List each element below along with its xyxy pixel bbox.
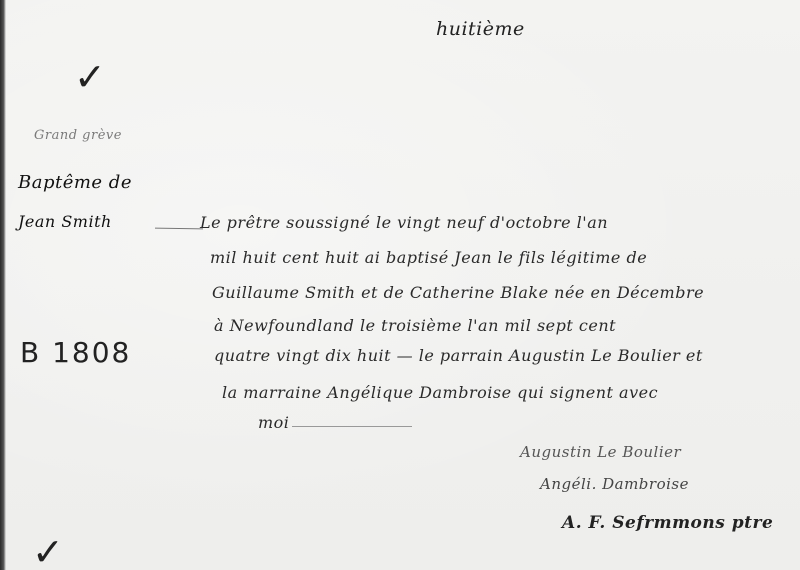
margin-connector-line [155,228,203,230]
entry-line-1: Le prêtre soussigné le vingt neuf d'octo… [200,213,608,232]
document-page: huitième ✓ Grand grève Baptême de Jean S… [0,0,800,570]
entry-line-5: quatre vingt dix huit — le parrain Augus… [214,346,703,365]
signature-priest: A. F. Sefrmmons ptre [562,513,773,533]
entry-line-7: moi [258,413,289,432]
entry-line-2: mil huit cent huit ai baptisé Jean le fi… [210,248,647,267]
margin-record-type: Baptême de [18,172,132,193]
scan-binding-edge [0,0,6,570]
margin-person-name: Jean Smith [18,212,112,231]
line-filler-stroke [292,426,412,427]
margin-reference-number: B 1808 [20,336,131,369]
entry-line-3: Guillaume Smith et de Catherine Blake né… [212,283,704,302]
entry-line-4: à Newfoundland le troisième l'an mil sep… [214,316,616,335]
signature-godmother: Angéli. Dambroise [540,475,689,493]
entry-line-6: la marraine Angélique Dambroise qui sign… [222,383,658,402]
check-mark-icon-bottom: ✓ [32,530,64,570]
signature-godfather: Augustin Le Boulier [520,443,681,461]
margin-place-name: Grand grève [34,128,122,143]
check-mark-icon: ✓ [74,55,106,99]
page-heading: huitième [436,18,525,40]
